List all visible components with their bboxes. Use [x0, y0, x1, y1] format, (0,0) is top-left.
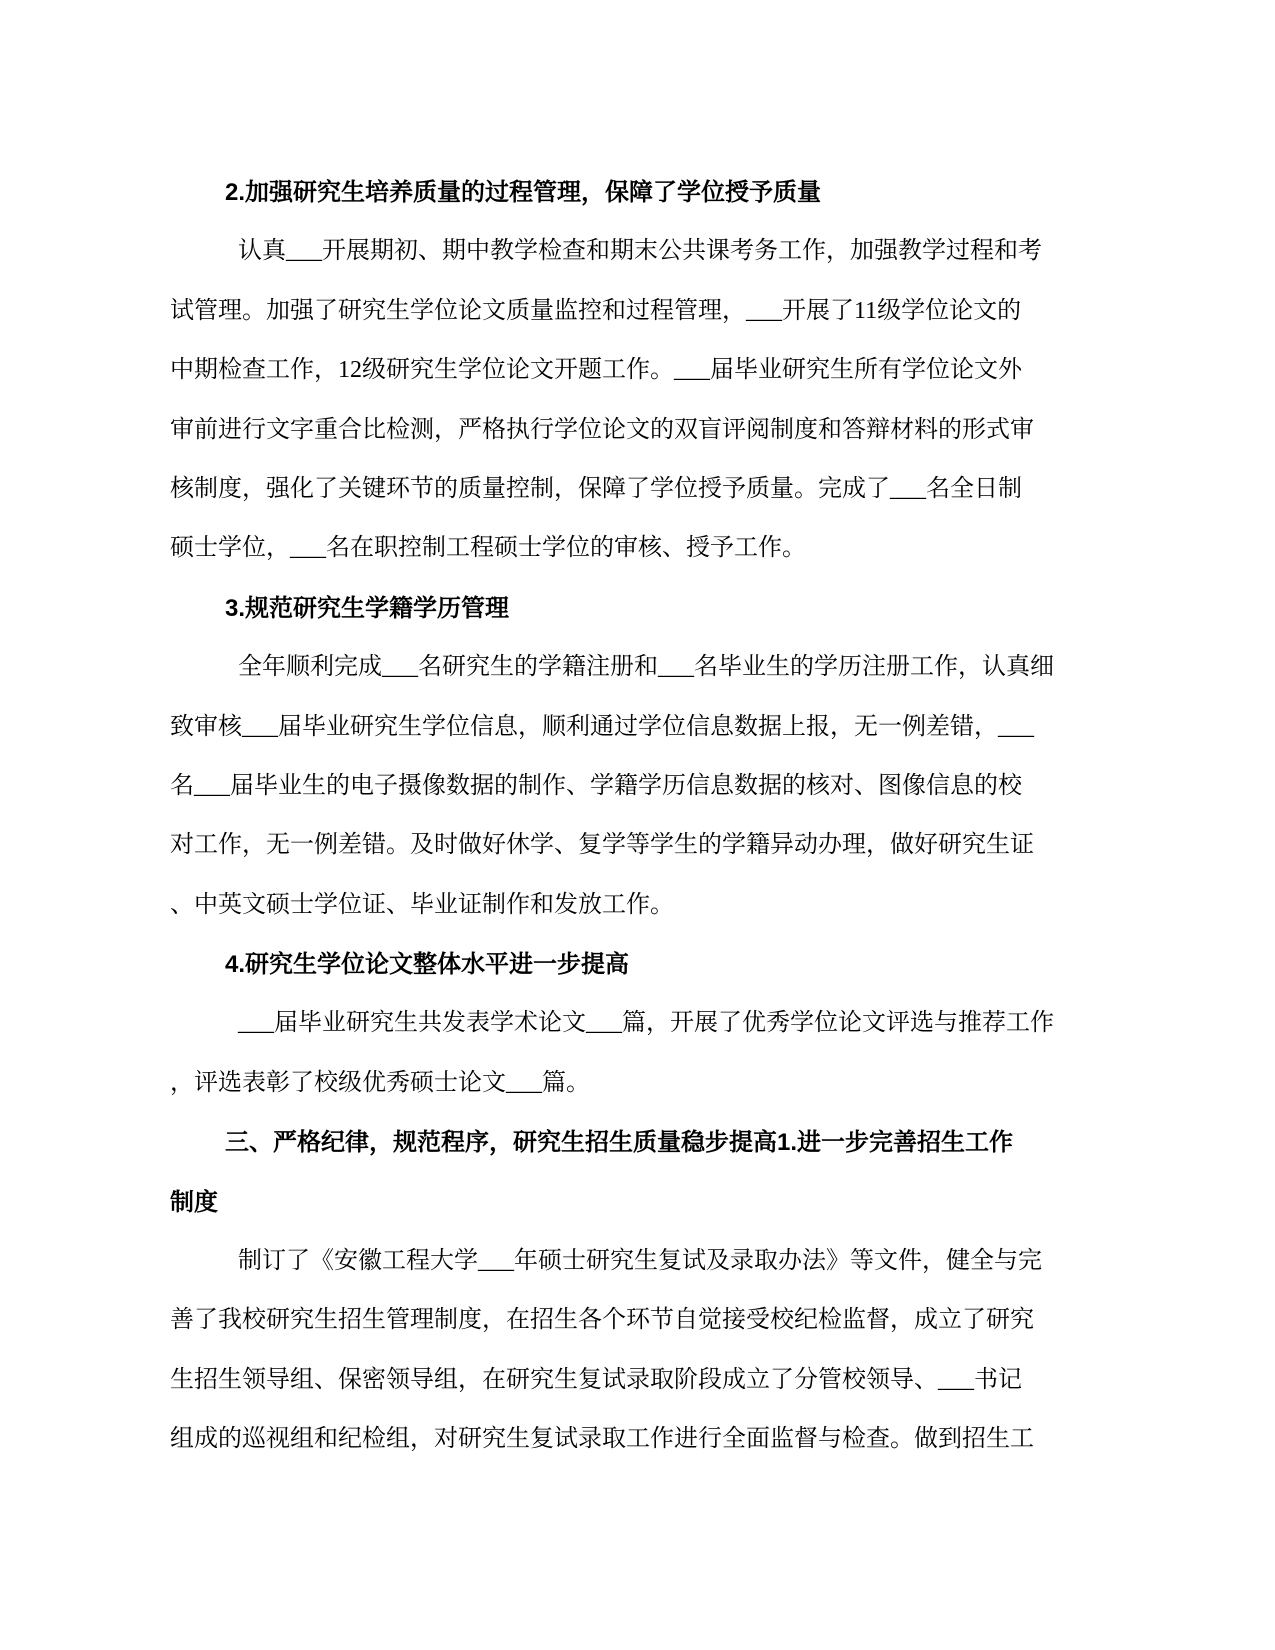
- section-heading-line: 2.加强研究生培养质量的过程管理，保障了学位授予质量: [170, 163, 1130, 222]
- document-page: 2.加强研究生培养质量的过程管理，保障了学位授予质量 认真___开展期初、期中教…: [0, 0, 1275, 1650]
- section-heading-line: 三、严格纪律，规范程序，研究生招生质量稳步提高1.进一步完善招生工作: [170, 1113, 1130, 1172]
- body-text-line: 试管理。加强了研究生学位论文质量监控和过程管理，___开展了11级学位论文的: [170, 282, 1130, 341]
- body-text-line: 审前进行文字重合比检测，严格执行学位论文的双盲评阅制度和答辩材料的形式审: [170, 401, 1130, 460]
- body-text-line: ，评选表彰了校级优秀硕士论文___篇。: [170, 1054, 1130, 1113]
- document-text-block: 2.加强研究生培养质量的过程管理，保障了学位授予质量 认真___开展期初、期中教…: [170, 163, 1130, 1470]
- body-text-line: 对工作，无一例差错。及时做好休学、复学等学生的学籍异动办理，做好研究生证: [170, 816, 1130, 875]
- body-text-line: 组成的巡视组和纪检组，对研究生复试录取工作进行全面监督与检查。做到招生工: [170, 1410, 1130, 1469]
- body-text-line: 名___届毕业生的电子摄像数据的制作、学籍学历信息数据的核对、图像信息的校: [170, 757, 1130, 816]
- section-heading-line: 制度: [170, 1173, 1130, 1232]
- section-heading-line: 4.研究生学位论文整体水平进一步提高: [170, 935, 1130, 994]
- body-text-line: 制订了《安徽工程大学___年硕士研究生复试及录取办法》等文件，健全与完: [170, 1232, 1130, 1291]
- body-text-line: 认真___开展期初、期中教学检查和期末公共课考务工作，加强教学过程和考: [170, 222, 1130, 281]
- body-text-line: 全年顺利完成___名研究生的学籍注册和___名毕业生的学历注册工作，认真细: [170, 638, 1130, 697]
- body-text-line: 核制度，强化了关键环节的质量控制，保障了学位授予质量。完成了___名全日制: [170, 460, 1130, 519]
- body-text-line: 硕士学位，___名在职控制工程硕士学位的审核、授予工作。: [170, 519, 1130, 578]
- body-text-line: 善了我校研究生招生管理制度，在招生各个环节自觉接受校纪检监督，成立了研究: [170, 1291, 1130, 1350]
- body-text-line: 中期检查工作，12级研究生学位论文开题工作。___届毕业研究生所有学位论文外: [170, 341, 1130, 400]
- body-text-line: 致审核___届毕业研究生学位信息，顺利通过学位信息数据上报，无一例差错，___: [170, 698, 1130, 757]
- body-text-line: 、中英文硕士学位证、毕业证制作和发放工作。: [170, 876, 1130, 935]
- section-heading-line: 3.规范研究生学籍学历管理: [170, 579, 1130, 638]
- body-text-line: ___届毕业研究生共发表学术论文___篇，开展了优秀学位论文评选与推荐工作: [170, 994, 1130, 1053]
- body-text-line: 生招生领导组、保密领导组，在研究生复试录取阶段成立了分管校领导、___书记: [170, 1351, 1130, 1410]
